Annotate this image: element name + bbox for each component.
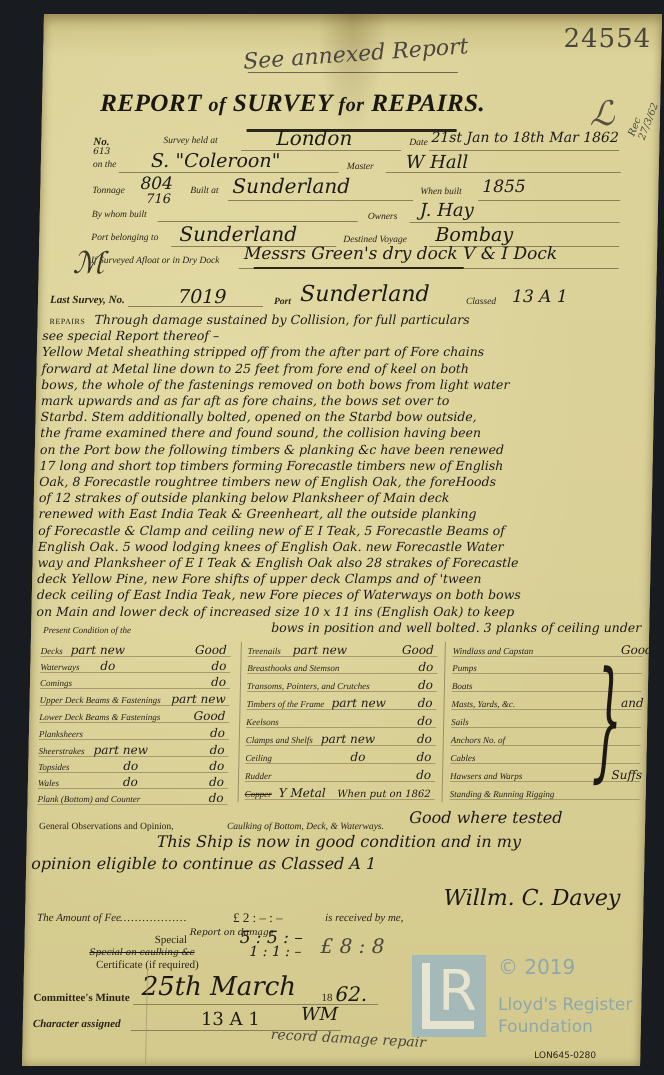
tonnage-label: Tonnage [92,186,125,196]
by-whom-built-label: By whom built [92,210,147,220]
page-title: REPORT of SURVEY for REPAIRS. [100,90,486,118]
owners-value: J. Hay [420,200,474,221]
classed-label: Classed [466,297,496,307]
fee-total: £ 8 : 8 [320,934,384,958]
fee-value: £ 2 : – : – [233,910,283,926]
watermark-line2: Foundation [498,1017,593,1037]
fee-label: The Amount of Fee [37,912,121,924]
certificate-value: 1 : 1 : – [249,944,301,960]
condition-row: Lower Deck Beams & FasteningsGood [39,708,229,724]
committee-minute-label: Committee's Minute [33,992,129,1004]
when-built-value: 1855 [482,177,526,197]
built-at-value: Sunderland [232,174,350,198]
annexed-report-note: See annexed Report [243,34,469,75]
destined-voyage-value: Bombay [435,224,513,246]
condition-row: Timbers of the Framepart newdo [246,695,436,711]
condition-row: Planksheersdo [39,725,229,741]
condition-row: Plank (Bottom) and Counterdo [37,790,227,806]
ship-label: on the [93,160,117,170]
observations-label: General Observations and Opinion, [39,822,174,832]
condition-row: Clamps and Shelfspart newdo [246,731,436,747]
caulking-value: Good where tested [409,808,563,827]
survey-held-value: London [276,126,352,150]
condition-row: Deckspart newGood [41,642,231,658]
character-assigned-value: 13 A 1 [201,1009,260,1030]
when-built-label: When built [420,187,462,197]
condition-row: CopperY MetalWhen put on 1862 [245,785,435,801]
archive-code: LON645-0280 [534,1051,596,1061]
last-survey-port-label: Port [274,297,291,307]
condition-row: Transoms, Pointers, and Crutchesdo [247,677,437,693]
last-survey-port-value: Sunderland [300,282,430,307]
fee-dots: .................. [120,912,188,924]
classed-value: 13 A 1 [512,287,568,307]
surveyor-signature: Willm. C. Davey [443,886,620,911]
received-label: is received by me, [325,912,404,924]
watermark-copyright: © 2019 [498,955,575,979]
reference-number: 24554 [563,24,651,54]
master-label: Master [347,162,374,172]
record-damage-note: record damage repair [270,1027,426,1051]
last-survey-value: 7019 [178,286,227,308]
tonnage-value-secondary: 716 [146,192,171,207]
condition-row: Rudderdo [245,767,435,783]
character-assigned-label: Character assigned [33,1018,121,1030]
condition-row: Keelsonsdo [246,713,436,729]
margin-signature-icon: ℳ [72,246,105,281]
tonnage-value: 804 [140,174,173,194]
survey-report-page: See annexed Report 24554 Rec 27/3/62 ℒ R… [22,14,662,1066]
condition-row: Waterwaysdodo [40,658,230,674]
caulking-label: Caulking of Bottom, Deck, & Waterways. [227,822,384,832]
repairs-description: Through damage sustained by Collision, f… [36,312,663,636]
date-value: 21st Jan to 18th Mar 1862 [431,130,619,146]
date-label: Date [409,138,428,148]
survey-held-label: Survey held at [163,136,218,146]
condition-table: Deckspart newGood Waterwaysdodo Comingsd… [38,642,651,802]
section-divider [254,267,464,269]
port-belonging-label: Port belonging to [91,233,158,243]
committee-initials: WM [301,1004,338,1025]
dock-value: Messrs Green's dry dock V & I Dock [244,244,558,264]
condition-row: Treenailspart newGood [248,642,438,658]
last-survey-label: Last Survey, No. [50,294,125,306]
observations-text-line1: This Ship is now in good condition and i… [157,832,522,851]
brace-icon: } [592,654,624,784]
no-value: 613 [93,147,110,157]
minute-year: 62. [335,982,367,1006]
watermark-line1: Lloyd's Register [498,995,632,1015]
annexed-note-underline [248,72,458,73]
committee-minute-value: 25th March [141,972,296,1002]
present-condition-label: Present Condition of the [43,625,131,635]
ship-name-value: S. "Coleroon" [151,150,281,172]
built-at-label: Built at [190,186,218,196]
lloyds-register-logo: R [412,955,486,1037]
condition-row: Breasthooks and Stemsondo [247,659,437,675]
minute-year-prefix: 18 [321,992,332,1004]
initials-flourish-icon: ℒ [590,94,615,134]
special-certificate-note: Special on caulking &c [89,948,194,958]
port-belonging-value: Sunderland [179,222,297,246]
special-label: Special [155,934,188,946]
dock-label: If Surveyed Afloat or in Dry Dock [91,256,220,266]
owners-label: Owners [368,212,398,222]
condition-row: Ceilingdodo [245,749,435,765]
master-value: W Hall [406,152,469,173]
condition-row: Comingsdo [40,674,230,690]
condition-row: Sheerstrakespart newdo [38,742,228,758]
condition-row: Walesdodo [38,774,228,790]
observations-text-line2: opinion eligible to continue as Classed … [31,854,376,873]
condition-row: Topsidesdodo [38,758,228,774]
received-margin-note: Rec 27/3/62 [627,98,661,142]
condition-row: Upper Deck Beams & Fasteningspart new [40,691,230,707]
